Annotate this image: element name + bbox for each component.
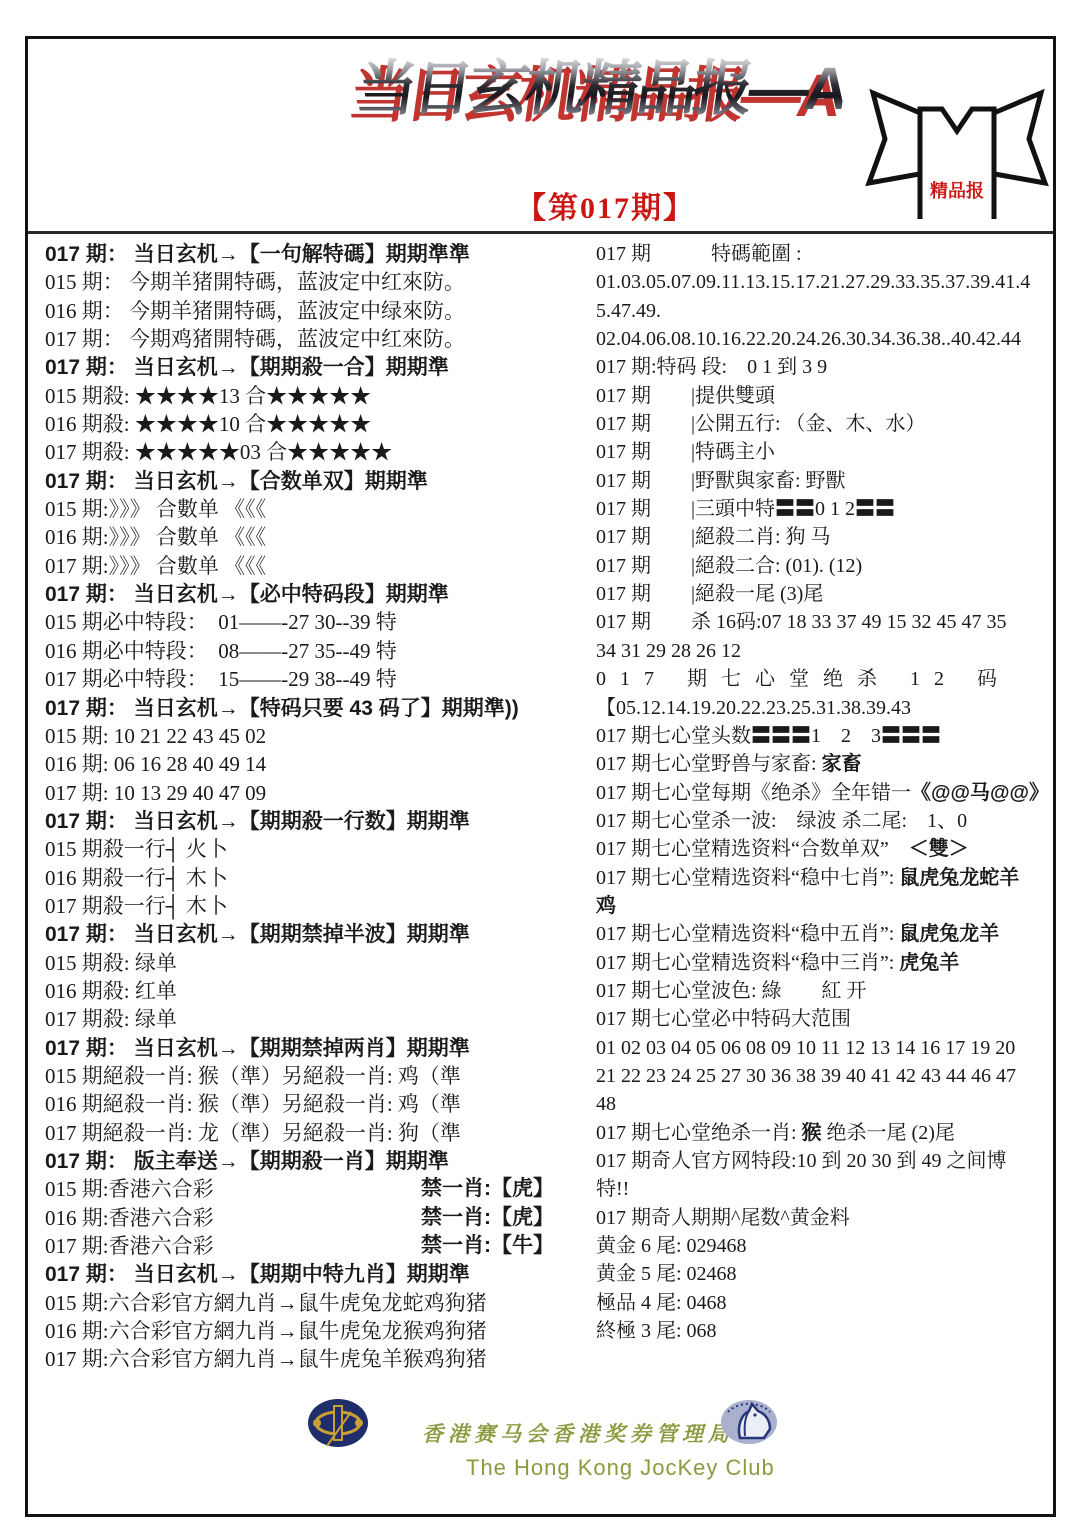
text-line: 極品 4 尾: 0468 — [596, 1289, 1049, 1317]
content: 017 期： 当日玄机→【一句解特碼】期期準準015 期： 今期羊猪開特碼，蓝波… — [28, 234, 1053, 1374]
text-line: 017 期 |絕殺二合: (01). (12) — [596, 552, 1049, 580]
text-line-main: 017 期七心堂精选资料“稳中三肖”: 虎兔羊 — [596, 952, 959, 974]
text-line: 48 — [596, 1090, 1049, 1118]
text-line: 016 期殺: ★★★★10 合★★★★★ — [45, 410, 596, 438]
text-line-main: 016 期:六合彩官方網九肖→鼠牛虎兔龙猴鸡狗猪 — [45, 1319, 487, 1343]
text-line-main: 015 期:香港六合彩 — [45, 1175, 214, 1203]
text-line: 016 期： 今期羊猪開特碼，蓝波定中绿來防。 — [45, 297, 596, 325]
text-line: 017 期奇人官方网特段:10 到 20 30 到 49 之间博 — [596, 1147, 1049, 1175]
text-line: 015 期: 10 21 22 43 45 02 — [45, 722, 596, 750]
text-line: 017 期： 当日玄机→【期期禁掉半波】期期準 — [45, 920, 596, 948]
text-line: 特!! — [596, 1175, 1049, 1203]
text-line-main: 48 — [596, 1093, 616, 1115]
text-line: 017 期： 今期鸡猪開特碼，蓝波定中红來防。 — [45, 325, 596, 353]
text-line-main: 017 期七心堂绝杀一肖: 猴 绝杀一尾 (2)尾 — [596, 1122, 955, 1144]
text-line-main: 017 期： 当日玄机→【期期殺一合】期期準 — [45, 355, 449, 379]
text-line: 017 期七心堂野兽与家畜: 家畜 — [596, 750, 1049, 778]
text-line: 017 期殺一行┤ 木卜 — [45, 892, 596, 920]
text-line: 017 期 |特碼主小 — [596, 438, 1049, 466]
text-line: 017 期殺: 绿单 — [45, 1005, 596, 1033]
text-line-main: 015 期殺: 绿单 — [45, 951, 177, 975]
text-line: 015 期:香港六合彩禁一肖:【虎】 — [45, 1175, 596, 1203]
text-line: 017 期七心堂波色: 綠 紅 开 — [596, 977, 1049, 1005]
text-line-main: 017 期:》》》 合數单 《《《 — [45, 554, 266, 578]
text-line-main: 017 期七心堂每期《绝杀》全年错一《@@马@@》 — [596, 782, 1049, 804]
text-line-main: 017 期七心堂精选资料“稳中七肖”: 鼠虎兔龙蛇羊 — [596, 867, 1019, 889]
text-line-main: 34 31 29 28 26 12 — [596, 640, 741, 662]
text-line-main: 【05.12.14.19.20.22.23.25.31.38.39.43 — [596, 697, 911, 719]
text-line: 01 02 03 04 05 06 08 09 10 11 12 13 14 1… — [596, 1034, 1049, 1062]
text-line-main: 017 期七心堂波色: 綠 紅 开 — [596, 980, 867, 1002]
text-line-main: 015 期必中特段： 01——-27 30--39 特 — [45, 610, 397, 634]
text-line-main: 017 期:特码 段: 0 1 到 3 9 — [596, 356, 827, 378]
text-line-main: 016 期:》》》 合數单 《《《 — [45, 525, 266, 549]
page: 当日玄机精品报—A 当日玄机精品报—A 【第017期】 精品报 017 期： 当… — [25, 36, 1056, 1517]
text-line-main: 016 期絕殺一肖: 猴（準）另絕殺一肖: 鸡（準 — [45, 1092, 461, 1116]
text-line: 016 期殺一行┤ 木卜 — [45, 864, 596, 892]
text-line: 017 期 特碼範圍 : — [596, 240, 1049, 268]
text-line-main: 017 期殺一行┤ 木卜 — [45, 894, 228, 918]
hkjc-emblem-logo — [307, 1397, 369, 1451]
text-line-main: 017 期七心堂必中特码大范围 — [596, 1008, 851, 1030]
text-line: 017 期 |三頭中特〓〓0 1 2〓〓 — [596, 495, 1049, 523]
text-line: 02.04.06.08.10.16.22.20.24.26.30.34.36.3… — [596, 325, 1049, 353]
header: 当日玄机精品报—A 当日玄机精品报—A 【第017期】 精品报 — [28, 39, 1053, 234]
text-line-main: 極品 4 尾: 0468 — [596, 1292, 727, 1314]
text-line-main: 017 期奇人官方网特段:10 到 20 30 到 49 之间博 — [596, 1150, 1007, 1172]
text-line: 016 期:》》》 合數单 《《《 — [45, 523, 596, 551]
text-line-main: 017 期： 当日玄机→【必中特码段】期期準 — [45, 582, 449, 606]
text-line-main: 015 期： 今期羊猪開特碼，蓝波定中红來防。 — [45, 270, 465, 294]
ribbon-banner: 精品报 — [865, 85, 1049, 219]
text-line-right: 禁一肖:【虎】 — [421, 1175, 554, 1203]
text-line-main: 終極 3 尾: 068 — [596, 1320, 717, 1342]
text-line-main: 017 期： 版主奉送→【期期殺一肖】期期準 — [45, 1149, 449, 1173]
text-line-main: 01.03.05.07.09.11.13.15.17.21.27.29.33.3… — [596, 271, 1030, 293]
text-line: 017 期 杀 16码:07 18 33 37 49 15 32 45 47 3… — [596, 608, 1049, 636]
page-title-text: 当日玄机精品报—A — [353, 55, 850, 122]
text-line-main: 017 期殺: 绿单 — [45, 1007, 177, 1031]
text-line-main: 016 期必中特段： 08——-27 35--49 特 — [45, 639, 397, 663]
text-line: 016 期必中特段： 08——-27 35--49 特 — [45, 637, 596, 665]
text-line: 017 期七心堂精选资料“稳中三肖”: 虎兔羊 — [596, 949, 1049, 977]
text-line: 016 期: 06 16 28 40 49 14 — [45, 750, 596, 778]
text-line-main: 015 期: 10 21 22 43 45 02 — [45, 724, 266, 748]
text-line: 015 期絕殺一肖: 猴（準）另絕殺一肖: 鸡（準 — [45, 1062, 596, 1090]
ribbon-right-wing — [989, 93, 1045, 183]
text-line-main: 016 期:香港六合彩 — [45, 1204, 214, 1232]
text-line: 017 期殺: ★★★★★03 合★★★★★ — [45, 438, 596, 466]
text-line: 015 期必中特段： 01——-27 30--39 特 — [45, 608, 596, 636]
text-line: 鸡 — [596, 892, 1049, 920]
left-column: 017 期： 当日玄机→【一句解特碼】期期準準015 期： 今期羊猪開特碼，蓝波… — [28, 240, 596, 1374]
text-line: 017 期絕殺一肖: 龙（準）另絕殺一肖: 狗（準 — [45, 1119, 596, 1147]
text-line-main: 017 期 |野獸與家畜: 野獸 — [596, 470, 846, 492]
text-line-right: 禁一肖:【牛】 — [421, 1232, 554, 1260]
text-line-main: 黄金 6 尾: 029468 — [596, 1235, 747, 1257]
text-line: 【05.12.14.19.20.22.23.25.31.38.39.43 — [596, 694, 1049, 722]
text-line-main: 02.04.06.08.10.16.22.20.24.26.30.34.36.3… — [596, 328, 1021, 350]
text-line: 017 期: 10 13 29 40 47 09 — [45, 779, 596, 807]
text-line-main: 016 期殺: 红单 — [45, 979, 177, 1003]
right-column: 017 期 特碼範圍 :01.03.05.07.09.11.13.15.17.2… — [596, 240, 1053, 1374]
text-line-main: 01 02 03 04 05 06 08 09 10 11 12 13 14 1… — [596, 1037, 1015, 1059]
text-line-main: 017 期殺: ★★★★★03 合★★★★★ — [45, 440, 392, 464]
text-line: 017 期： 版主奉送→【期期殺一肖】期期準 — [45, 1147, 596, 1175]
text-line-main: 017 期： 当日玄机→【一句解特碼】期期準準 — [45, 242, 470, 266]
text-line-main: 017 期 |特碼主小 — [596, 441, 775, 463]
text-line: 017 期 |絕殺二肖: 狗 马 — [596, 523, 1049, 551]
text-line-main: 017 期 |提供雙頭 — [596, 385, 775, 407]
text-line-main: 015 期絕殺一肖: 猴（準）另絕殺一肖: 鸡（準 — [45, 1064, 461, 1088]
text-line: 017 期七心堂每期《绝杀》全年错一《@@马@@》 — [596, 779, 1049, 807]
text-line-main: 黄金 5 尾: 02468 — [596, 1263, 737, 1285]
text-line: 017 期奇人期期^尾数^黄金料 — [596, 1204, 1049, 1232]
text-line-main: 017 期 |絕殺二肖: 狗 马 — [596, 526, 831, 548]
text-line-main: 特!! — [596, 1178, 629, 1200]
footer-english-text: The Hong Kong JocKey Club — [466, 1455, 775, 1481]
text-line-main: 017 期七心堂精选资料“合数单双” ＜雙＞ — [596, 838, 969, 860]
text-line: 015 期:六合彩官方網九肖→鼠牛虎兔龙蛇鸡狗猪 — [45, 1289, 596, 1317]
text-line-main: 017 期： 当日玄机→【特码只要 43 码了】期期準)) — [45, 696, 519, 720]
text-line-main: 017 期： 当日玄机→【合数单双】期期準 — [45, 469, 428, 493]
text-line: 016 期殺: 红单 — [45, 977, 596, 1005]
hkjc-horse-logo — [720, 1398, 778, 1446]
text-line-main: 017 期七心堂绝杀 12 码 — [596, 668, 1011, 690]
page-title: 当日玄机精品报—A 当日玄机精品报—A — [352, 41, 851, 127]
text-line-main: 017 期: 10 13 29 40 47 09 — [45, 781, 266, 805]
text-line-main: 017 期： 今期鸡猪開特碼，蓝波定中红來防。 — [45, 327, 465, 351]
text-line: 01.03.05.07.09.11.13.15.17.21.27.29.33.3… — [596, 268, 1049, 296]
text-line-main: 017 期七心堂野兽与家畜: 家畜 — [596, 753, 862, 775]
text-line: 015 期殺: ★★★★13 合★★★★★ — [45, 382, 596, 410]
text-line: 017 期七心堂绝杀一肖: 猴 绝杀一尾 (2)尾 — [596, 1119, 1049, 1147]
text-line: 017 期： 当日玄机→【期期禁掉两肖】期期準 — [45, 1034, 596, 1062]
text-line: 017 期 |野獸與家畜: 野獸 — [596, 467, 1049, 495]
text-line-main: 016 期: 06 16 28 40 49 14 — [45, 752, 266, 776]
text-line: 015 期殺一行┤ 火卜 — [45, 835, 596, 863]
text-line-right: 禁一肖:【虎】 — [421, 1204, 554, 1232]
text-line: 017 期七心堂头数〓〓〓1 2 3〓〓〓 — [596, 722, 1049, 750]
issue-label: 【第017期】 — [516, 183, 695, 227]
text-line: 017 期七心堂精选资料“稳中五肖”: 鼠虎兔龙羊 — [596, 920, 1049, 948]
text-line: 017 期： 当日玄机→【合数单双】期期準 — [45, 467, 596, 495]
text-line: 017 期： 当日玄机→【特码只要 43 码了】期期準)) — [45, 694, 596, 722]
text-line: 017 期必中特段： 15——-29 38--49 特 — [45, 665, 596, 693]
text-line: 015 期： 今期羊猪開特碼，蓝波定中红來防。 — [45, 268, 596, 296]
text-line: 017 期:》》》 合數单 《《《 — [45, 552, 596, 580]
text-line-main: 015 期殺: ★★★★13 合★★★★★ — [45, 384, 371, 408]
text-line: 34 31 29 28 26 12 — [596, 637, 1049, 665]
text-line-main: 017 期 |絕殺二合: (01). (12) — [596, 555, 862, 577]
ribbon-center-banner — [920, 109, 994, 219]
text-line: 終極 3 尾: 068 — [596, 1317, 1049, 1345]
text-line: 017 期： 当日玄机→【期期殺一合】期期準 — [45, 353, 596, 381]
text-line: 017 期： 当日玄机→【期期殺一行数】期期準 — [45, 807, 596, 835]
text-line: 015 期:》》》 合數单 《《《 — [45, 495, 596, 523]
text-line: 017 期七心堂精选资料“稳中七肖”: 鼠虎兔龙蛇羊 — [596, 864, 1049, 892]
text-line-main: 017 期:六合彩官方網九肖→鼠牛虎兔羊猴鸡狗猪 — [45, 1347, 487, 1371]
text-line: 016 期絕殺一肖: 猴（準）另絕殺一肖: 鸡（準 — [45, 1090, 596, 1118]
text-line: 017 期： 当日玄机→【必中特码段】期期準 — [45, 580, 596, 608]
text-line-main: 017 期 |公開五行: （金、木、水） — [596, 413, 926, 435]
text-line: 017 期七心堂绝杀 12 码 — [596, 665, 1049, 693]
ribbon-left-wing — [869, 93, 925, 183]
text-line-main: 017 期 特碼範圍 : — [596, 243, 802, 265]
text-line-main: 017 期 杀 16码:07 18 33 37 49 15 32 45 47 3… — [596, 611, 1007, 633]
text-line-main: 鸡 — [596, 895, 616, 917]
text-line: 黄金 6 尾: 029468 — [596, 1232, 1049, 1260]
text-line: 017 期 |提供雙頭 — [596, 382, 1049, 410]
text-line-main: 21 22 23 24 25 27 30 36 38 39 40 41 42 4… — [596, 1065, 1016, 1087]
text-line: 017 期七心堂必中特码大范围 — [596, 1005, 1049, 1033]
text-line: 5.47.49. — [596, 297, 1049, 325]
text-line: 015 期殺: 绿单 — [45, 949, 596, 977]
text-line-main: 017 期七心堂杀一波: 绿波 杀二尾: 1、0 — [596, 810, 967, 832]
text-line-main: 017 期 |三頭中特〓〓0 1 2〓〓 — [596, 498, 895, 520]
text-line: 017 期七心堂精选资料“合数单双” ＜雙＞ — [596, 835, 1049, 863]
text-line: 017 期:六合彩官方網九肖→鼠牛虎兔羊猴鸡狗猪 — [45, 1345, 596, 1373]
text-line-main: 5.47.49. — [596, 300, 661, 322]
text-line-main: 017 期： 当日玄机→【期期中特九肖】期期準 — [45, 1262, 470, 1286]
text-line-main: 017 期七心堂头数〓〓〓1 2 3〓〓〓 — [596, 725, 941, 747]
text-line: 017 期 |絕殺一尾 (3)尾 — [596, 580, 1049, 608]
text-line: 017 期:香港六合彩禁一肖:【牛】 — [45, 1232, 596, 1260]
text-line-main: 017 期 |絕殺一尾 (3)尾 — [596, 583, 823, 605]
text-line: 21 22 23 24 25 27 30 36 38 39 40 41 42 4… — [596, 1062, 1049, 1090]
footer-chinese-text: 香港赛马会香港奖券管理局 — [422, 1418, 734, 1448]
text-line-main: 015 期:六合彩官方網九肖→鼠牛虎兔龙蛇鸡狗猪 — [45, 1291, 487, 1315]
text-line-main: 015 期:》》》 合數单 《《《 — [45, 497, 266, 521]
text-line-main: 017 期:香港六合彩 — [45, 1232, 214, 1260]
text-line: 016 期:六合彩官方網九肖→鼠牛虎兔龙猴鸡狗猪 — [45, 1317, 596, 1345]
text-line-main: 016 期殺一行┤ 木卜 — [45, 866, 228, 890]
text-line-main: 017 期： 当日玄机→【期期殺一行数】期期準 — [45, 809, 470, 833]
text-line-main: 016 期： 今期羊猪開特碼，蓝波定中绿來防。 — [45, 299, 465, 323]
text-line: 017 期： 当日玄机→【期期中特九肖】期期準 — [45, 1260, 596, 1288]
text-line-main: 017 期七心堂精选资料“稳中五肖”: 鼠虎兔龙羊 — [596, 923, 999, 945]
text-line: 017 期 |公開五行: （金、木、水） — [596, 410, 1049, 438]
text-line: 016 期:香港六合彩禁一肖:【虎】 — [45, 1204, 596, 1232]
text-line-main: 017 期必中特段： 15——-29 38--49 特 — [45, 667, 397, 691]
text-line-main: 016 期殺: ★★★★10 合★★★★★ — [45, 412, 371, 436]
text-line-main: 015 期殺一行┤ 火卜 — [45, 837, 228, 861]
text-line: 017 期:特码 段: 0 1 到 3 9 — [596, 353, 1049, 381]
text-line-main: 017 期： 当日玄机→【期期禁掉两肖】期期準 — [45, 1036, 470, 1060]
text-line: 黄金 5 尾: 02468 — [596, 1260, 1049, 1288]
text-line: 017 期七心堂杀一波: 绿波 杀二尾: 1、0 — [596, 807, 1049, 835]
text-line-main: 017 期： 当日玄机→【期期禁掉半波】期期準 — [45, 922, 470, 946]
ribbon-label: 精品报 — [930, 180, 984, 201]
text-line-main: 017 期絕殺一肖: 龙（準）另絕殺一肖: 狗（準 — [45, 1121, 461, 1145]
text-line: 017 期： 当日玄机→【一句解特碼】期期準準 — [45, 240, 596, 268]
text-line-main: 017 期奇人期期^尾数^黄金料 — [596, 1207, 850, 1229]
